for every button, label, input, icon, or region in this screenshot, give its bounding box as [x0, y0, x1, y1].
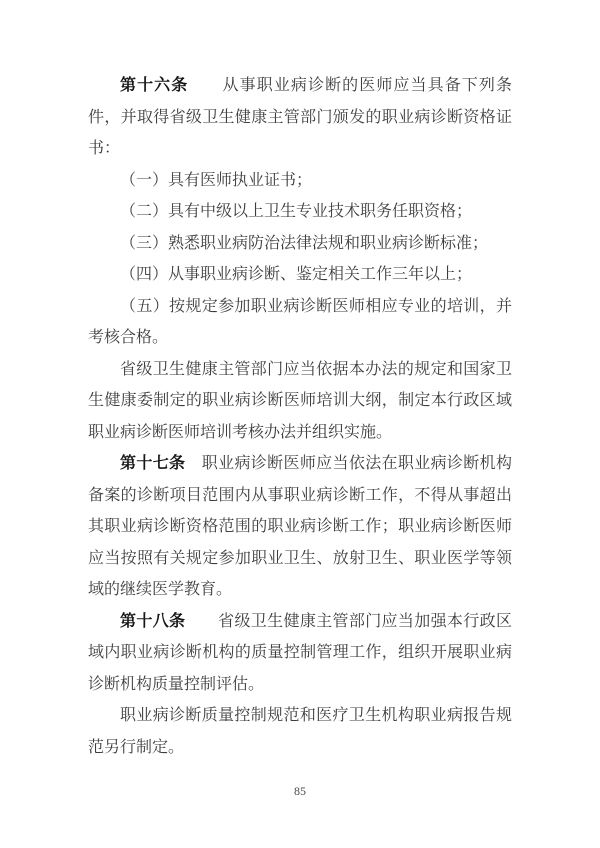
- document-body: 第十六条 从事职业病诊断的医师应当具备下列条件，并取得省级卫生健康主管部门颁发的…: [88, 70, 512, 763]
- article-number: 第十七条: [120, 455, 185, 472]
- paragraph: （五）按规定参加职业病诊断医师相应专业的培训，并考核合格。: [88, 291, 512, 354]
- document-page: 第十六条 从事职业病诊断的医师应当具备下列条件，并取得省级卫生健康主管部门颁发的…: [0, 0, 600, 848]
- article-paragraph: 第十七条 职业病诊断医师应当依法在职业病诊断机构备案的诊断项目范围内从事职业病诊…: [88, 448, 512, 606]
- page-number: 85: [0, 784, 600, 798]
- article-number: 第十六条: [120, 77, 188, 94]
- paragraph: （一）具有医师执业证书；: [88, 165, 512, 197]
- paragraph: （三）熟悉职业病防治法律法规和职业病诊断标准；: [88, 228, 512, 260]
- paragraph: 省级卫生健康主管部门应当依据本办法的规定和国家卫生健康委制定的职业病诊断医师培训…: [88, 354, 512, 449]
- article-number: 第十八条: [120, 613, 185, 630]
- article-paragraph: 第十六条 从事职业病诊断的医师应当具备下列条件，并取得省级卫生健康主管部门颁发的…: [88, 70, 512, 165]
- article-paragraph: 第十八条 省级卫生健康主管部门应当加强本行政区域内职业病诊断机构的质量控制管理工…: [88, 606, 512, 701]
- paragraph: （四）从事职业病诊断、鉴定相关工作三年以上；: [88, 259, 512, 291]
- paragraph: （二）具有中级以上卫生专业技术职务任职资格；: [88, 196, 512, 228]
- paragraph: 职业病诊断质量控制规范和医疗卫生机构职业病报告规范另行制定。: [88, 700, 512, 763]
